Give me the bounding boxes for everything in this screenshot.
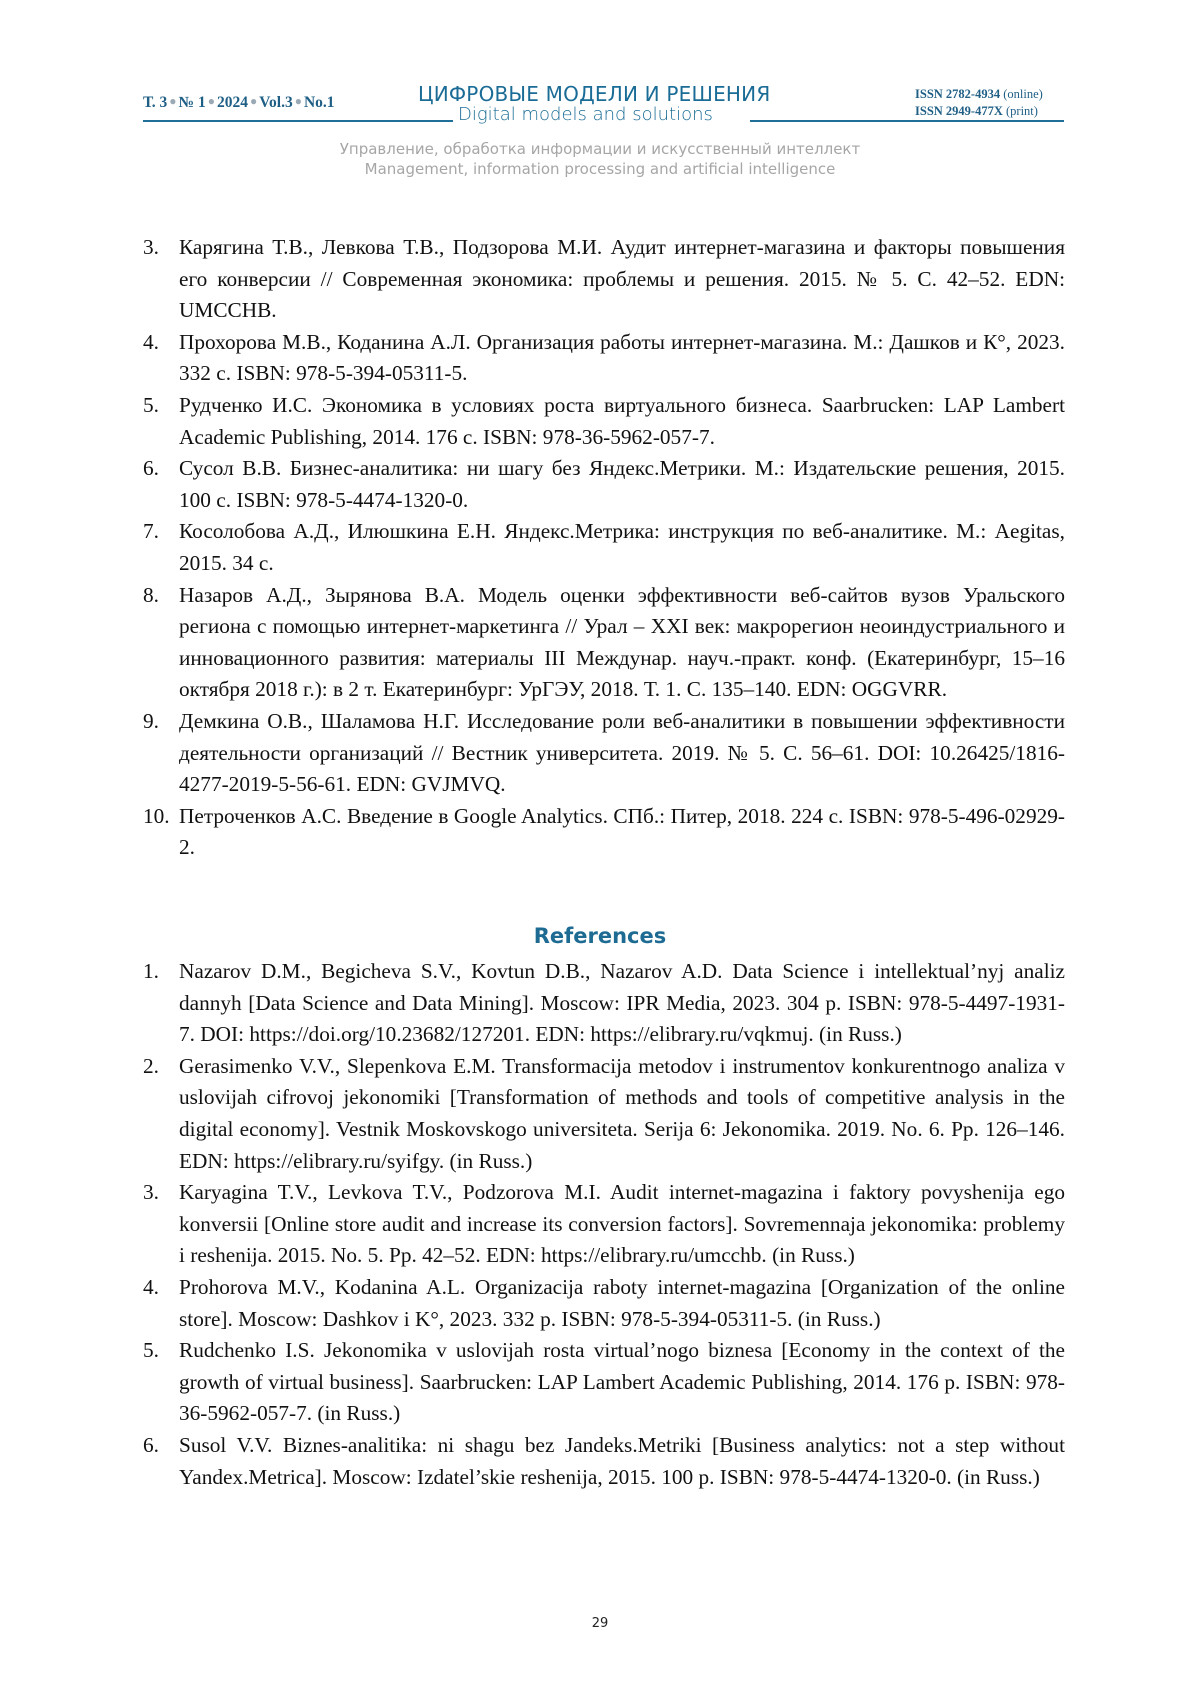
issue-year: 2024 — [217, 94, 248, 111]
reference-item: 3.Karyagina T.V., Levkova T.V., Podzorov… — [143, 1177, 1065, 1272]
issue-number-ru: № 1 — [179, 94, 206, 111]
reference-item: 6.Susol V.V. Biznes-analitika: ni shagu … — [143, 1430, 1065, 1493]
reference-text: Rudchenko I.S. Jekonomika v uslovijah ro… — [179, 1338, 1065, 1425]
reference-item: 9.Демкина О.В., Шаламова Н.Г. Исследован… — [143, 706, 1065, 801]
reference-item: 4.Прохорова М.В., Коданина А.Л. Организа… — [143, 327, 1065, 390]
issue-volume-ru: Т. 3 — [143, 94, 167, 111]
reference-number: 8. — [143, 580, 159, 612]
reference-item: 1.Nazarov D.M., Begicheva S.V., Kovtun D… — [143, 956, 1065, 1051]
reference-text: Петроченков А.С. Введение в Google Analy… — [179, 804, 1065, 860]
reference-number: 7. — [143, 516, 159, 548]
reference-item: 4.Prohorova M.V., Kodanina A.L. Organiza… — [143, 1272, 1065, 1335]
separator-dot-icon: ● — [293, 94, 304, 108]
reference-text: Susol V.V. Biznes-analitika: ni shagu be… — [179, 1433, 1065, 1489]
reference-number: 9. — [143, 706, 159, 738]
page-number: 29 — [0, 1616, 1200, 1631]
separator-dot-icon: ● — [167, 94, 178, 108]
reference-number: 6. — [143, 453, 159, 485]
issn-print: ISSN 2949-477X — [915, 104, 1003, 118]
reference-item: 6.Сусол В.В. Бизнес-аналитика: ни шагу б… — [143, 453, 1065, 516]
reference-number: 6. — [143, 1430, 159, 1462]
reference-text: Демкина О.В., Шаламова Н.Г. Исследование… — [179, 709, 1065, 796]
reference-text: Nazarov D.M., Begicheva S.V., Kovtun D.B… — [179, 959, 1065, 1046]
reference-text: Карягина Т.В., Левкова Т.В., Подзорова М… — [179, 235, 1065, 322]
english-reference-list: 1.Nazarov D.M., Begicheva S.V., Kovtun D… — [143, 956, 1065, 1493]
reference-item: 8.Назаров А.Д., Зырянова В.А. Модель оце… — [143, 580, 1065, 706]
issn-block: ISSN 2782-4934 (online) ISSN 2949-477X (… — [915, 86, 1043, 120]
issue-volume-en: Vol.3 — [259, 94, 292, 111]
reference-number: 5. — [143, 1335, 159, 1367]
reference-number: 5. — [143, 390, 159, 422]
issue-number-en: No.1 — [304, 94, 335, 111]
reference-item: 7.Косолобова А.Д., Илюшкина Е.Н. Яндекс.… — [143, 516, 1065, 579]
section-title-en: Management, information processing and a… — [0, 160, 1200, 178]
reference-text: Рудченко И.С. Экономика в условиях роста… — [179, 393, 1065, 449]
separator-dot-icon: ● — [248, 94, 259, 108]
header-rule-right — [750, 120, 1064, 122]
reference-text: Сусол В.В. Бизнес-аналитика: ни шагу без… — [179, 456, 1065, 512]
reference-number: 4. — [143, 327, 159, 359]
header-rule-left — [143, 120, 453, 122]
separator-dot-icon: ● — [206, 94, 217, 108]
reference-number: 3. — [143, 232, 159, 264]
reference-text: Gerasimenko V.V., Slepenkova E.M. Transf… — [179, 1054, 1065, 1173]
reference-text: Прохорова М.В., Коданина А.Л. Организаци… — [179, 330, 1065, 386]
reference-item: 3.Карягина Т.В., Левкова Т.В., Подзорова… — [143, 232, 1065, 327]
issue-info: Т. 3●№ 1●2024●Vol.3●No.1 — [143, 94, 335, 112]
reference-number: 10. — [143, 801, 170, 833]
reference-text: Karyagina T.V., Levkova T.V., Podzorova … — [179, 1180, 1065, 1267]
russian-reference-list: 3.Карягина Т.В., Левкова Т.В., Подзорова… — [143, 232, 1065, 864]
journal-page: Т. 3●№ 1●2024●Vol.3●No.1 ЦИФРОВЫЕ МОДЕЛИ… — [0, 0, 1200, 1697]
reference-item: 5.Рудченко И.С. Экономика в условиях рос… — [143, 390, 1065, 453]
issn-online: ISSN 2782-4934 — [915, 87, 1000, 101]
reference-text: Косолобова А.Д., Илюшкина Е.Н. Яндекс.Ме… — [179, 519, 1065, 575]
reference-number: 2. — [143, 1051, 159, 1083]
references-heading: References — [0, 924, 1200, 948]
reference-item: 2.Gerasimenko V.V., Slepenkova E.M. Tran… — [143, 1051, 1065, 1177]
reference-number: 1. — [143, 956, 159, 988]
reference-item: 10.Петроченков А.С. Введение в Google An… — [143, 801, 1065, 864]
reference-text: Назаров А.Д., Зырянова В.А. Модель оценк… — [179, 583, 1065, 702]
reference-number: 3. — [143, 1177, 159, 1209]
journal-title-ru: ЦИФРОВЫЕ МОДЕЛИ И РЕШЕНИЯ — [418, 82, 770, 106]
reference-item: 5.Rudchenko I.S. Jekonomika v uslovijah … — [143, 1335, 1065, 1430]
reference-text: Prohorova M.V., Kodanina A.L. Organizaci… — [179, 1275, 1065, 1331]
journal-title-en: Digital models and solutions — [458, 104, 713, 125]
issn-online-label: (online) — [1003, 87, 1043, 101]
section-title-ru: Управление, обработка информации и искус… — [0, 140, 1200, 158]
issn-print-label: (print) — [1006, 104, 1038, 118]
reference-number: 4. — [143, 1272, 159, 1304]
